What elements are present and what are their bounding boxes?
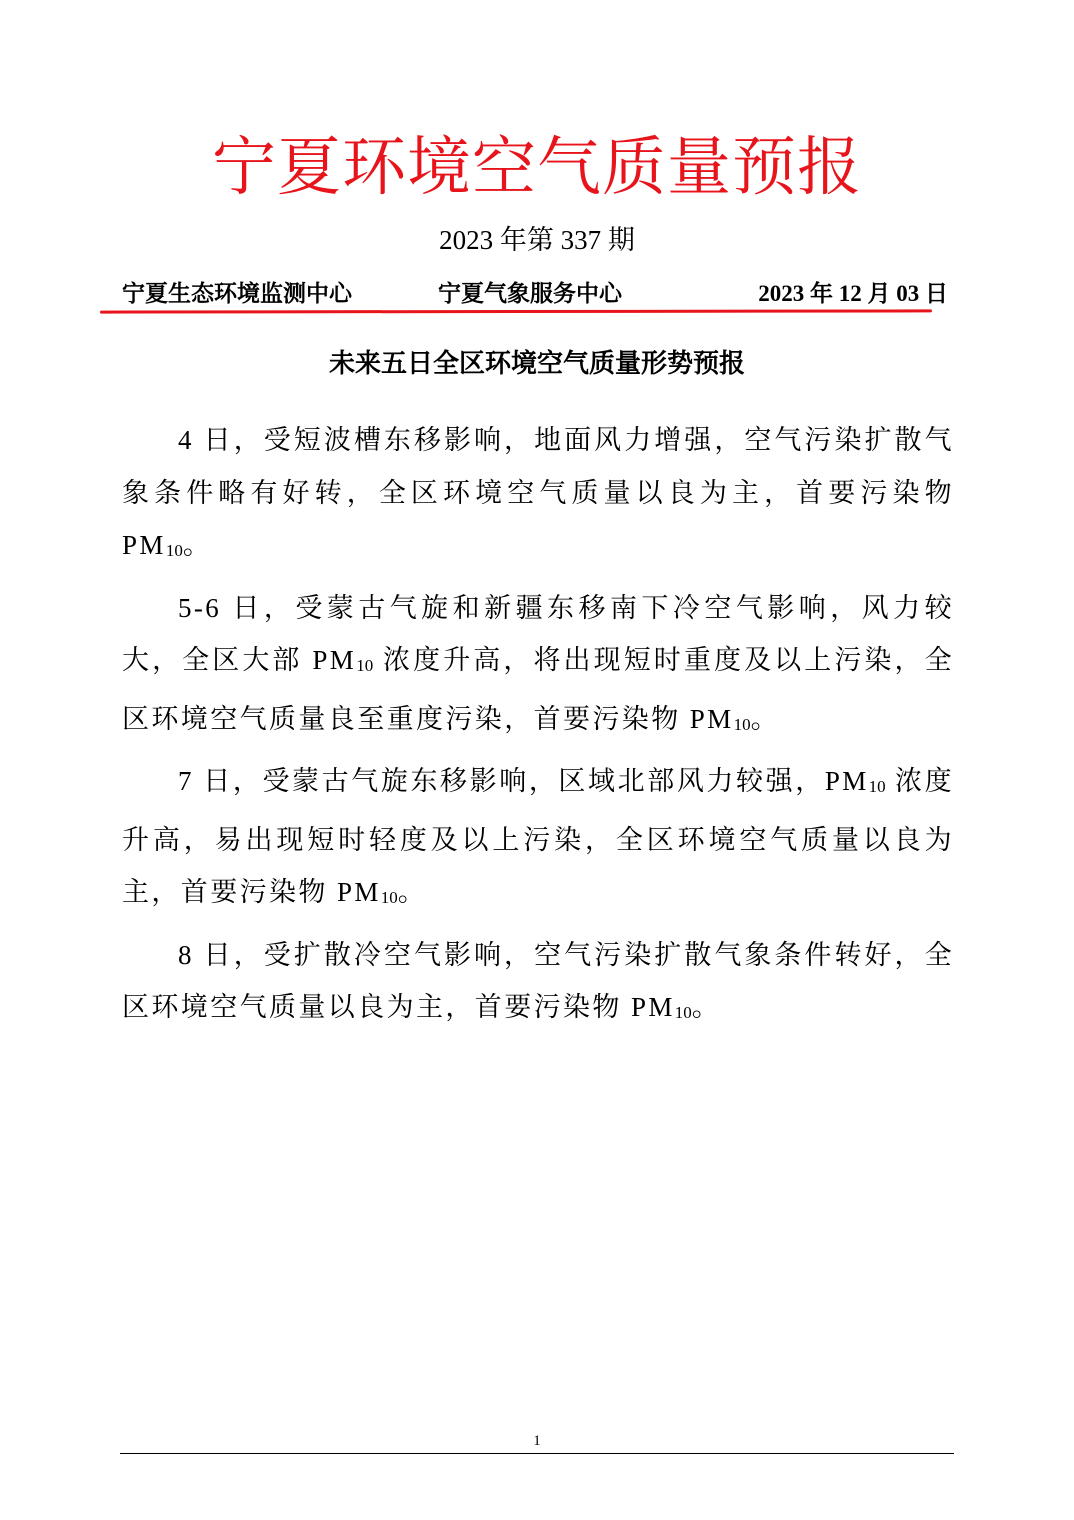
paragraph-text: 。: [183, 530, 212, 560]
paragraph-text: 4 日，受短波槽东移影响，地面风力增强，空气污染扩散气象条件略有好转，全区环境空…: [122, 425, 954, 560]
forecast-paragraph-day-7: 7 日，受蒙古气旋东移影响，区域北部风力较强，PM10 浓度升高，易出现短时轻度…: [122, 755, 954, 925]
subscript: 10: [675, 1003, 692, 1022]
forecast-paragraph-day-8: 8 日，受扩散冷空气影响，空气污染扩散气象条件转好，全区环境空气质量以良为主，首…: [122, 929, 954, 1040]
forecast-paragraph-day-5-6: 5-6 日，受蒙古气旋和新疆东移南下冷空气影响，风力较大，全区大部 PM10 浓…: [122, 582, 954, 752]
forecast-body: 4 日，受短波槽东移影响，地面风力增强，空气污染扩散气象条件略有好转，全区环境空…: [122, 414, 954, 1042]
subscript: 10: [734, 715, 751, 734]
forecast-paragraph-day-4: 4 日，受短波槽东移影响，地面风力增强，空气污染扩散气象条件略有好转，全区环境空…: [122, 414, 954, 578]
publisher-row: 宁夏生态环境监测中心 宁夏气象服务中心 2023 年 12 月 03 日: [122, 278, 948, 310]
masthead-title: 宁夏环境空气质量预报: [0, 128, 1074, 208]
paragraph-text: 。: [398, 877, 427, 907]
paragraph-text: 。: [692, 992, 721, 1022]
subscript: 10: [356, 656, 373, 675]
document-page: 宁夏环境空气质量预报 2023 年第 337 期 宁夏生态环境监测中心 宁夏气象…: [0, 0, 1074, 1520]
publisher-meteorology-center: 宁夏气象服务中心: [438, 278, 622, 310]
paragraph-text: 8 日，受扩散冷空气影响，空气污染扩散气象条件转好，全区环境空气质量以良为主，首…: [122, 940, 954, 1023]
paragraph-text: 。: [751, 704, 780, 734]
page-number: 1: [0, 1432, 1074, 1450]
masthead-red-divider: [100, 309, 932, 313]
subscript: 10: [166, 541, 183, 560]
footer-divider: [120, 1453, 954, 1454]
subscript: 10: [869, 777, 886, 796]
publish-date: 2023 年 12 月 03 日: [758, 278, 948, 310]
issue-number: 2023 年第 337 期: [0, 222, 1074, 258]
subscript: 10: [381, 888, 398, 907]
section-title: 未来五日全区环境空气质量形势预报: [0, 346, 1074, 382]
paragraph-text: 7 日，受蒙古气旋东移影响，区域北部风力较强，PM: [178, 766, 869, 796]
publisher-ecology-center: 宁夏生态环境监测中心: [122, 278, 352, 310]
